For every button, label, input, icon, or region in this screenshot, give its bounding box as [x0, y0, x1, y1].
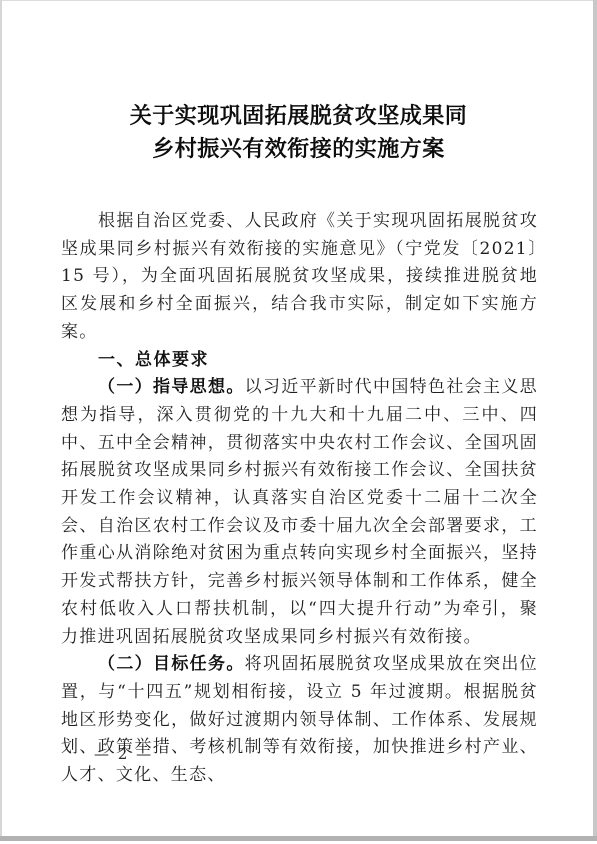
page-edge-top — [0, 0, 597, 1]
document-body: 根据自治区党委、人民政府《关于实现巩固拓展脱贫攻坚成果同乡村振兴有效衔接的实施意… — [61, 208, 538, 790]
document-page: 关于实现巩固拓展脱贫攻坚成果同 乡村振兴有效衔接的实施方案 根据自治区党委、人民… — [0, 0, 597, 844]
section-heading-overall-requirements: 一、总体要求 — [61, 347, 538, 375]
item-1-paragraph: （一）指导思想。以习近平新时代中国特色社会主义思想为指导，深入贯彻党的十九大和十… — [61, 374, 538, 651]
document-title-line1: 关于实现巩固拓展脱贫攻坚成果同 — [0, 100, 597, 133]
intro-paragraph: 根据自治区党委、人民政府《关于实现巩固拓展脱贫攻坚成果同乡村振兴有效衔接的实施意… — [61, 208, 538, 347]
item-2-paragraph: （二）目标任务。将巩固拓展脱贫攻坚成果放在突出位置，与“十四五”规划相衔接，设立… — [61, 651, 538, 790]
item-1-text: 以习近平新时代中国特色社会主义思想为指导，深入贯彻党的十九大和十九届二中、三中、… — [61, 377, 538, 646]
document-title: 关于实现巩固拓展脱贫攻坚成果同 乡村振兴有效衔接的实施方案 — [0, 100, 597, 166]
item-1-label: （一）指导思想。 — [98, 377, 245, 397]
page-edge-bottom — [0, 836, 597, 841]
page-number: — 2 — — [94, 745, 153, 763]
item-2-label: （二）目标任务。 — [98, 654, 245, 674]
document-title-line2: 乡村振兴有效衔接的实施方案 — [0, 133, 597, 166]
